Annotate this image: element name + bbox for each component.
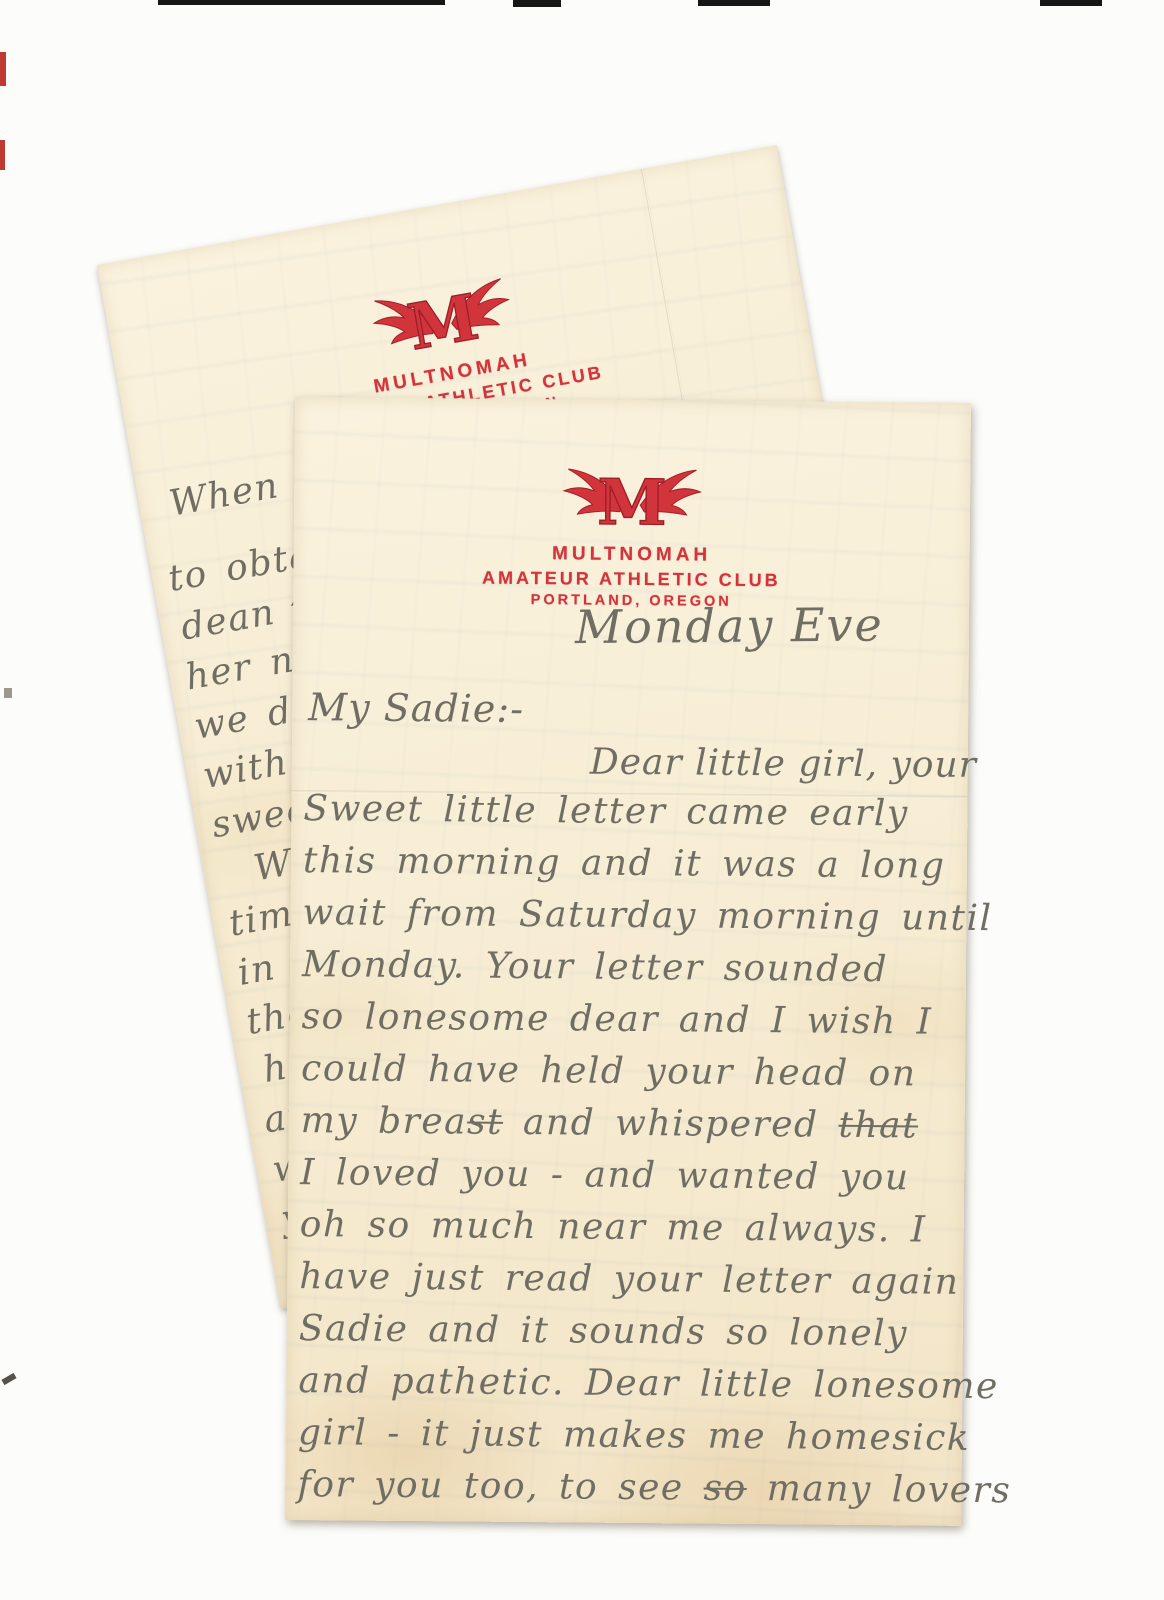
- winged-m-logo-icon: M: [557, 463, 708, 538]
- line-segment: so lonesome dear and I wish I: [301, 996, 932, 1043]
- club-letterhead: M MULTNOMAH AMATEUR ATHLETIC CLUB PORTLA…: [293, 461, 970, 612]
- struck-word: that: [838, 1105, 918, 1147]
- scanner-artifact: [698, 0, 770, 6]
- line-segment: and whispered: [503, 1102, 839, 1146]
- scanner-artifact: [0, 52, 6, 86]
- line-segment: many lovers: [747, 1468, 1012, 1511]
- letter-page-1: M MULTNOMAH AMATEUR ATHLETIC CLUB PORTLA…: [285, 397, 971, 1526]
- line-segment: Sadie and it sounds so lonely: [299, 1308, 908, 1354]
- line-segment: girl - it just makes me homesick: [298, 1412, 971, 1459]
- handwritten-line: Monday. Your letter sounded: [302, 939, 1016, 997]
- scanner-artifact: [1, 1373, 16, 1385]
- struck-word: so: [703, 1468, 747, 1509]
- svg-text:M: M: [597, 465, 667, 539]
- line-segment: for you too, to see: [297, 1464, 703, 1509]
- line-segment: could have held your head on: [301, 1048, 917, 1094]
- line-segment: Sweet little letter came early: [303, 788, 909, 834]
- scanned-letters: M MULTNOMAH AMATEUR ATHLETIC CLUB PORTLA…: [0, 0, 1164, 1600]
- scanner-artifact: [4, 688, 12, 698]
- line-segment: and pathetic. Dear little lonesome: [298, 1360, 999, 1407]
- struck-word: st: [467, 1102, 503, 1143]
- scanner-artifact: [1040, 0, 1102, 6]
- handwritten-line: Sweet little letter came early: [303, 783, 1017, 841]
- line-segment: oh so much near me always. I: [300, 1204, 927, 1250]
- line-segment: this morning and it was a long: [303, 840, 946, 887]
- handwritten-line: Sadie and it sounds so lonely: [299, 1303, 1013, 1361]
- line-segment: I loved you - and wanted you: [300, 1152, 910, 1198]
- line-segment: my brea: [301, 1100, 468, 1142]
- salutation: My Sadie:-: [308, 685, 524, 731]
- handwritten-line: girl - it just makes me homesick: [298, 1407, 1012, 1465]
- line-segment: Monday. Your letter sounded: [302, 944, 888, 990]
- svg-text:M: M: [403, 279, 484, 364]
- date-line: Monday Eve: [575, 597, 884, 654]
- handwritten-line: so lonesome dear and I wish I: [301, 991, 1015, 1049]
- handwritten-line: my breast and whispered that: [300, 1095, 1014, 1153]
- handwritten-line: oh so much near me always. I: [300, 1199, 1014, 1257]
- letterhead-club-type: AMATEUR ATHLETIC CLUB: [293, 566, 969, 593]
- scanner-artifact: [513, 0, 561, 7]
- handwritten-line: for you too, to see so many lovers: [297, 1459, 1011, 1517]
- line-segment: have just read your letter again: [299, 1256, 960, 1303]
- handwritten-line: I loved you - and wanted you: [300, 1147, 1014, 1205]
- opening-line: Dear little girl, your: [590, 742, 977, 786]
- handwritten-line: and pathetic. Dear little lonesome: [298, 1355, 1012, 1413]
- scanner-artifact: [158, 0, 445, 5]
- line-segment: wait from Saturday morning until: [302, 892, 992, 939]
- handwritten-line: could have held your head on: [301, 1043, 1015, 1101]
- handwritten-line: wait from Saturday morning until: [302, 887, 1016, 945]
- front-body-lines: Sweet little letter came earlythis morni…: [297, 783, 1017, 1517]
- handwritten-line: have just read your letter again: [299, 1251, 1013, 1309]
- handwritten-line: this morning and it was a long: [303, 835, 1017, 893]
- letterhead-club-name: MULTNOMAH: [294, 541, 970, 569]
- scanner-artifact: [0, 140, 5, 170]
